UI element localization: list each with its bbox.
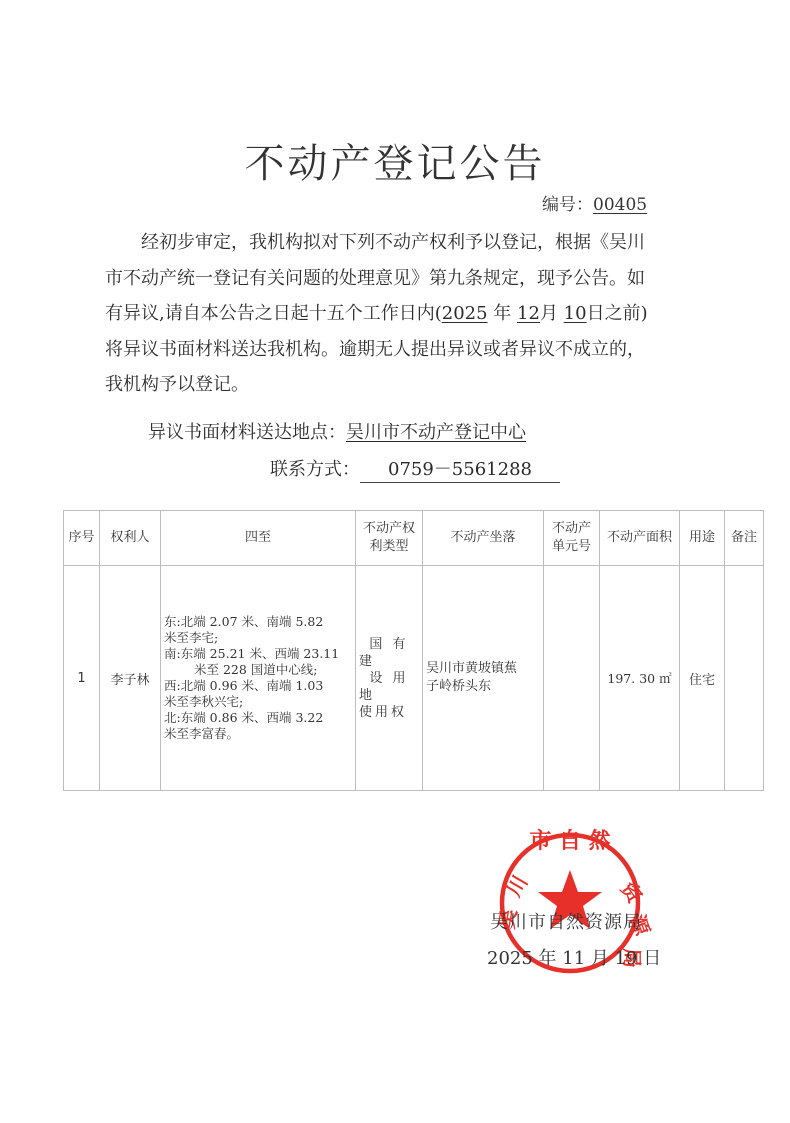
document-number-label: 编号： bbox=[542, 195, 593, 215]
table-header-row: 序号 权利人 四至 不动产权 利类型 不动产坐落 不动产 单元号 不动产面积 用… bbox=[64, 511, 764, 566]
objection-address: 异议书面材料送达地点：吴川市不动产登记中心 bbox=[148, 418, 526, 444]
cell-boundaries: 东:北端 2.07 米、南端 5.82 米至李宅; 南:东端 25.21 米、西… bbox=[161, 566, 356, 791]
header-area: 不动产面积 bbox=[600, 511, 680, 566]
header-unit-no: 不动产 单元号 bbox=[544, 511, 600, 566]
notice-body: 经初步审定，我机构拟对下列不动产权利予以登记，根据《吴川 市不动产统一登记有关问… bbox=[105, 225, 665, 403]
body-line-4: 将异议书面材料送达我机构。逾期无人提出异议或者异议不成立的， bbox=[105, 332, 665, 368]
deadline-day-unit: 日之前) bbox=[587, 303, 648, 324]
issue-date: 2025 年 11 月 19 日 bbox=[487, 944, 661, 970]
header-usage: 用途 bbox=[680, 511, 725, 566]
svg-text:市 自 然: 市 自 然 bbox=[529, 828, 611, 854]
right-type-line: 使用权 bbox=[359, 705, 407, 720]
header-boundaries: 四至 bbox=[161, 511, 356, 566]
cell-area: 197. 30 ㎡ bbox=[600, 566, 680, 791]
cell-remark bbox=[725, 566, 764, 791]
header-location: 不动产坐落 bbox=[423, 511, 544, 566]
cell-holder: 李子林 bbox=[100, 566, 161, 791]
page-title: 不动产登记公告 bbox=[0, 132, 790, 189]
cell-no: 1 bbox=[64, 566, 100, 791]
body-line-3-text: 有异议,请自本公告之日起十五个工作日内( bbox=[105, 303, 442, 324]
body-line-3: 有异议,请自本公告之日起十五个工作日内(2025 年 12月 10日之前) bbox=[105, 296, 665, 332]
location-line: 子岭桥头东 bbox=[426, 679, 491, 694]
boundary-line: 南:东端 25.21 米、西端 23.11 bbox=[164, 646, 352, 662]
boundary-line: 西:北端 0.96 米、南端 1.03 bbox=[164, 678, 352, 694]
svg-text:资: 资 bbox=[616, 877, 648, 908]
header-holder: 权利人 bbox=[100, 511, 161, 566]
boundary-line: 米至李富春。 bbox=[164, 726, 352, 742]
table-row: 1 李子林 东:北端 2.07 米、南端 5.82 米至李宅; 南:东端 25.… bbox=[64, 566, 764, 791]
contact-label: 联系方式： bbox=[270, 459, 360, 480]
deadline-month-unit: 月 bbox=[540, 303, 558, 324]
header-unit-no-line1: 不动产 bbox=[552, 521, 591, 536]
objection-address-value: 吴川市不动产登记中心 bbox=[346, 422, 526, 443]
objection-address-label: 异议书面材料送达地点： bbox=[148, 422, 346, 443]
boundary-line: 米至李宅; bbox=[164, 630, 352, 646]
right-type-line: 设 用 地 bbox=[359, 671, 409, 703]
contact-info: 联系方式：0759－5561288 bbox=[270, 455, 560, 483]
deadline-day: 10 bbox=[564, 303, 587, 324]
boundary-line: 北:东端 0.86 米、西端 3.22 bbox=[164, 710, 352, 726]
body-line-2: 市不动产统一登记有关问题的处理意见》第九条规定，现予公告。如 bbox=[105, 261, 665, 297]
right-type-line: 国 有 建 bbox=[359, 637, 409, 669]
header-right-type: 不动产权 利类型 bbox=[356, 511, 423, 566]
boundary-line: 米至 228 国道中心线; bbox=[164, 662, 352, 678]
boundary-line: 东:北端 2.07 米、南端 5.82 bbox=[164, 614, 352, 630]
deadline-year: 2025 bbox=[442, 303, 488, 324]
header-remark: 备注 bbox=[725, 511, 764, 566]
cell-location: 吴川市黄坡镇蕉 子岭桥头东 bbox=[423, 566, 544, 791]
header-right-type-line2: 利类型 bbox=[369, 539, 408, 554]
body-line-5: 我机构予以登记。 bbox=[105, 367, 665, 403]
registration-table: 序号 权利人 四至 不动产权 利类型 不动产坐落 不动产 单元号 不动产面积 用… bbox=[63, 510, 764, 791]
cell-right-type: 国 有 建 设 用 地 使用权 bbox=[356, 566, 423, 791]
location-line: 吴川市黄坡镇蕉 bbox=[426, 661, 517, 676]
contact-phone: 0759－5561288 bbox=[360, 455, 560, 483]
body-line-1: 经初步审定，我机构拟对下列不动产权利予以登记，根据《吴川 bbox=[105, 225, 665, 261]
cell-unit-no bbox=[544, 566, 600, 791]
deadline-year-unit: 年 bbox=[493, 303, 511, 324]
document-number: 编号：00405 bbox=[542, 190, 647, 215]
document-number-value: 00405 bbox=[593, 195, 647, 215]
boundary-line: 米至李秋兴宅; bbox=[164, 694, 352, 710]
issuer-name: 吴川市自然资源局 bbox=[490, 908, 642, 934]
cell-usage: 住宅 bbox=[680, 566, 725, 791]
header-right-type-line1: 不动产权 bbox=[363, 521, 415, 536]
deadline-month: 12 bbox=[517, 303, 540, 324]
header-no: 序号 bbox=[64, 511, 100, 566]
header-unit-no-line2: 单元号 bbox=[552, 539, 591, 554]
